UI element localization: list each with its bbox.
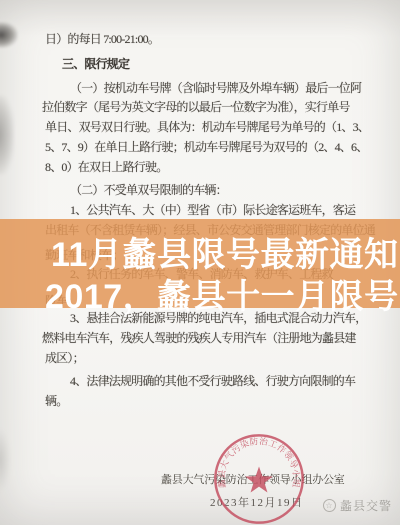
doc-line: 8、0）在双日上路行驶。 [45, 158, 167, 175]
doc-line: 燃料电车汽车，残疾人驾驶的残疾人专用汽车（注册地为蠡县建 [42, 329, 356, 346]
doc-section-heading: 三、限行规定 [62, 55, 129, 72]
watermark: ☆ 蠡县交警 [323, 497, 392, 514]
doc-line: 辆。 [45, 392, 67, 409]
doc-line: （二）不受单双号限制的车辆： [70, 181, 227, 198]
shadow-smudge-bottom-left [0, 430, 10, 490]
doc-line: 5、7、9）在单日上路行驶；机动车号牌尾号为双号的（2、4、6、 [45, 138, 367, 155]
document-photo: 日）的每日 7:00-21:00。 三、限行规定 （一）按机动车号牌（含临时号牌… [0, 0, 400, 525]
shadow-smudge-left [0, 96, 14, 174]
doc-line: （一）按机动车号牌（含临时号牌及外埠车辆）最后一位阿 [70, 79, 361, 96]
police-badge-icon: ☆ [323, 499, 336, 512]
doc-line: 1、公共汽车、大（中）型省（市）际长途客运班车，客运 [70, 201, 355, 218]
ink-smudge-top-left [0, 22, 18, 48]
doc-line: 拉伯数字（尾号为英文字母的以最后一位数字为准），实行单号 [42, 98, 350, 115]
doc-line: 单日、双号双日行驶。具体为：机动车号牌尾号为单号的（1、3、 [45, 118, 369, 135]
watermark-label: 蠡县交警 [340, 497, 392, 514]
headline-line-2: 2017，蠡县十一月限号 [45, 269, 399, 318]
doc-line: 4、法律法规明确的其他不受行驶路线、行驶方向限制的车 [70, 372, 355, 389]
doc-line: 日）的每日 7:00-21:00。 [45, 30, 159, 47]
doc-line: 成区）； [45, 349, 84, 366]
official-seal: 蠡县大气污染防治工作领导小组 [211, 431, 307, 525]
seal-star-icon [245, 467, 272, 493]
